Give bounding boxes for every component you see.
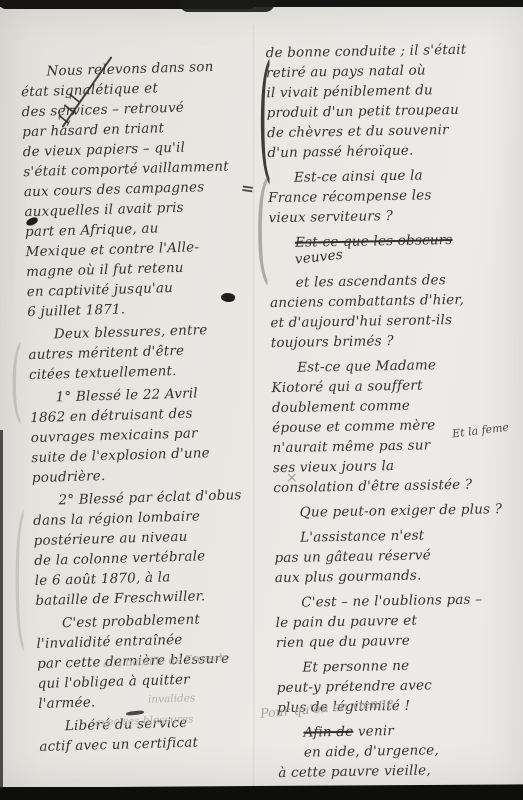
inserted-word: veuves — [268, 245, 344, 273]
scan-background-left-edge — [0, 430, 3, 790]
torn-paper-top-edge — [180, 0, 275, 12]
pencil-annotation: invalides — [148, 692, 196, 706]
margin-brace-pencil: ( — [255, 159, 270, 299]
manuscript-paragraph: Deux blessures, entre autres méritent d'… — [28, 319, 252, 385]
right-text-column: de bonne conduite ; il s'était retiré au… — [266, 39, 523, 788]
manuscript-paragraph: Est-ce ainsi que la France récompense le… — [268, 164, 515, 228]
pencil-cross-mark: × — [286, 470, 298, 486]
manuscript-paragraph: de bonne conduite ; il s'était retiré au… — [266, 39, 514, 163]
margin-brace-faint: ( — [13, 487, 26, 669]
manuscript-paragraph: C'est – ne l'oublions pas – le pain du p… — [275, 589, 522, 653]
margin-brace-faint: ( — [10, 329, 23, 434]
margin-equals-mark: = — [240, 178, 256, 199]
paragraph-continuation: en aide, d'urgence, à cette pauvre vieil… — [278, 739, 523, 783]
left-text-column: Nous relevons dans son état signalétique… — [20, 56, 261, 760]
manuscript-paragraph: 1° Blessé le 22 Avril 1862 en détruisant… — [29, 382, 254, 488]
manuscript-paragraph-with-strikethrough: Afin de veniren aide, d'urgence, à cette… — [277, 719, 523, 783]
kept-text: venir — [353, 723, 394, 740]
manuscript-paragraph: Nous relevons dans son état signalétique… — [20, 56, 249, 322]
manuscript-page: 111 Nous relevons dans son état signalét… — [0, 7, 523, 787]
struck-text: Afin de — [303, 724, 353, 741]
manuscript-paragraph: 2° Blessé par éclat d'obus dans la régio… — [32, 485, 257, 611]
manuscript-paragraph: Que peut-on exiger de plus ? — [274, 499, 520, 523]
paragraph-continuation: et les ascendants des anciens combattant… — [270, 269, 517, 353]
manuscript-paragraph-with-strikethrough: Est-ce que les obscurs veuveset les asce… — [269, 229, 517, 353]
scan-background-bottom — [0, 784, 523, 800]
manuscript-paragraph: L'assistance n'est pas un gâteau réservé… — [274, 524, 521, 588]
